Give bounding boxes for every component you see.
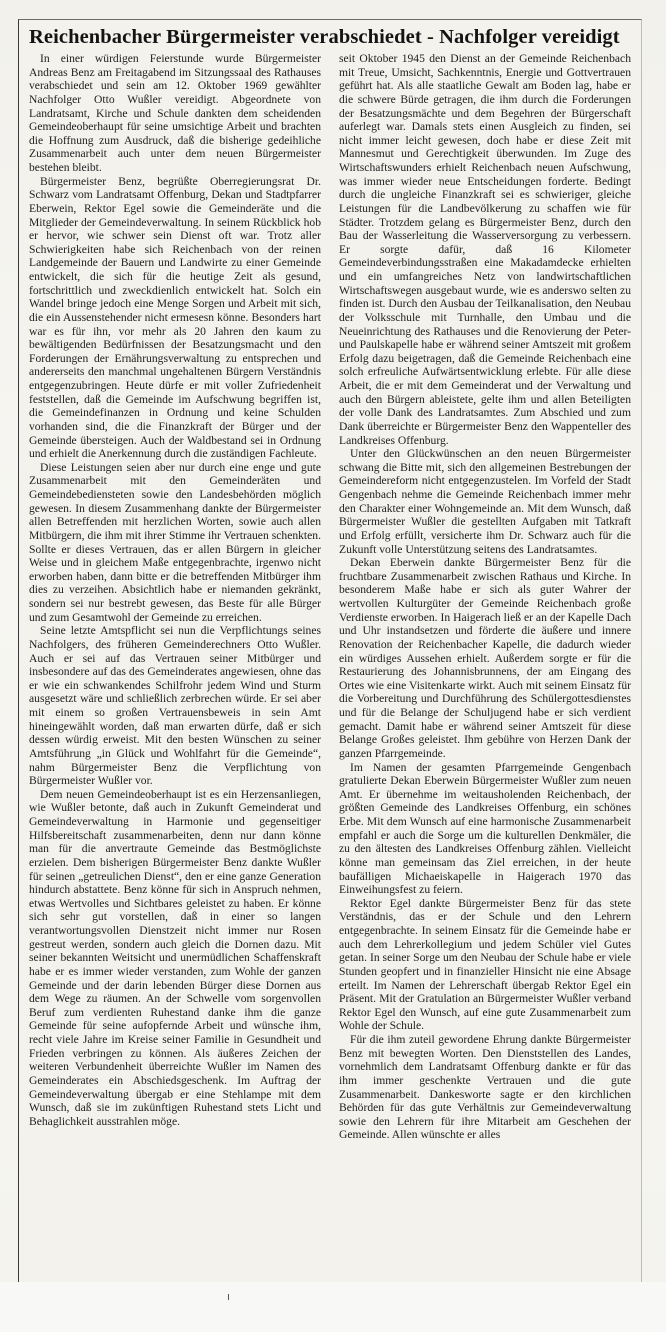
article-column-left: In einer würdigen Feierstunde wurde Bürg… xyxy=(29,52,321,1128)
scan-margin-bottom xyxy=(0,1282,666,1332)
paragraph: Seine letzte Amtspflicht sei nun die Ver… xyxy=(29,624,321,788)
scan-mark xyxy=(228,1294,229,1300)
article-headline: Reichenbacher Bürgermeister verabschiede… xyxy=(29,24,635,50)
newspaper-clipping: Reichenbacher Bürgermeister verabschiede… xyxy=(18,19,642,1282)
paragraph: Diese Leistungen seien aber nur durch ei… xyxy=(29,461,321,625)
article-column-right: seit Oktober 1945 den Dienst an der Geme… xyxy=(339,52,631,1142)
paragraph: In einer würdigen Feierstunde wurde Bürg… xyxy=(29,52,321,175)
paragraph: Dem neuen Gemeindeoberhaupt ist es ein H… xyxy=(29,788,321,1129)
paragraph: Im Namen der gesamten Pfarrgemeinde Geng… xyxy=(339,761,631,897)
paragraph: Dekan Eberwein dankte Bürgermeister Benz… xyxy=(339,556,631,760)
paragraph: Rektor Egel dankte Bürgermeister Benz fü… xyxy=(339,897,631,1033)
paragraph: Bürgermeister Benz, begrüßte Oberregieru… xyxy=(29,175,321,461)
paragraph: Für die ihm zuteil gewordene Ehrung dank… xyxy=(339,1033,631,1142)
paragraph: seit Oktober 1945 den Dienst an der Geme… xyxy=(339,52,631,447)
paragraph: Unter den Glückwünschen an den neuen Bür… xyxy=(339,447,631,556)
